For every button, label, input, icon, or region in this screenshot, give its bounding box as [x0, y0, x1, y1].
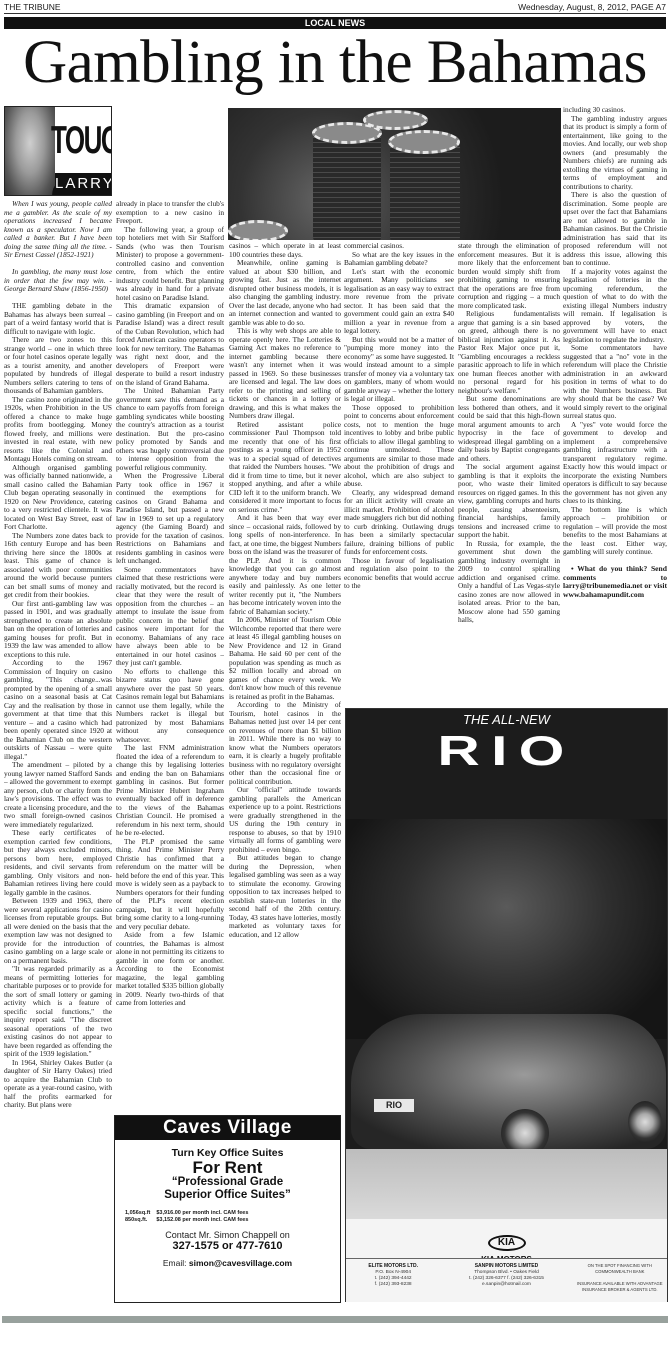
- dealer-name: ELITE MOTORS LTD.: [368, 1263, 418, 1269]
- author-photo: [5, 107, 55, 196]
- casino-chips-photo: [228, 108, 561, 240]
- paragraph: When the Progressive Liberal Party took …: [116, 472, 224, 566]
- email-label: Email:: [163, 1258, 187, 1268]
- ad-kicker: THE ALL-NEW: [346, 712, 667, 727]
- paragraph: These early certificates of exemption ca…: [4, 829, 112, 897]
- paragraph: There is also the question of discrimina…: [563, 191, 667, 268]
- chip-stack: [313, 128, 381, 240]
- publication-name: THE TRIBUNE: [4, 2, 61, 13]
- paragraph: THE gambling debate in the Bahamas has a…: [4, 302, 112, 336]
- paragraph: Religious fundamentalists argue that gam…: [458, 310, 560, 395]
- paragraph: Meanwhile, online gaming is valued at ab…: [229, 259, 341, 327]
- dateline: Wednesday, August, 8, 2012, PAGE A7: [518, 2, 666, 13]
- ad-slogan-1: “Professional Grade: [115, 1176, 340, 1189]
- paragraph: Some commentators have suggested that a …: [563, 344, 667, 421]
- paragraph: Clearly, any widespread demand for an il…: [344, 489, 454, 557]
- paragraph: state through the elimination of enforce…: [458, 242, 560, 310]
- pricing-row: 850sq.ft. $3,152.08 per month incl. CAM …: [125, 1217, 254, 1224]
- paragraph: The casino zone originated in the 1920s,…: [4, 396, 112, 464]
- paragraph: Those in favour of legalisation and regu…: [344, 557, 454, 591]
- article-column-2: already in place to transfer the club's …: [116, 200, 224, 1112]
- ad-for-rent: For Rent: [115, 1159, 340, 1176]
- dealer-sanpin: SANPIN MOTORS LIMITED Thompson Blvd. • O…: [440, 1259, 572, 1302]
- paragraph: In 2006, Minister of Tourism Obie Wilchc…: [229, 616, 341, 701]
- headline: Gambling in the Bahamas: [2, 30, 668, 98]
- paragraph: If a majority votes against the legalisa…: [563, 268, 667, 345]
- paragraph: The last FNM administration floated the …: [116, 744, 224, 838]
- paragraph: The social argument against gambling is …: [458, 463, 560, 540]
- paragraph: A "yes" vote would force the government …: [563, 421, 667, 506]
- paragraph: The Numbers zone dates back to 16th cent…: [4, 532, 112, 600]
- paragraph: already in place to transfer the club's …: [116, 200, 224, 226]
- contact-email-line: Email: simon@cavesvillage.com: [115, 1258, 340, 1268]
- paragraph: Retired assistant police commissioner Pa…: [229, 421, 341, 515]
- dealer-line: P.O. Box N-4904: [375, 1270, 411, 1275]
- kia-rio-advertisement: THE ALL-NEW RIO RIO KIA KIA MOTORS The P…: [345, 708, 668, 1302]
- dealer-name: SANPIN MOTORS LIMITED: [475, 1263, 539, 1269]
- paragraph: Aside from a few Islamic countries, the …: [116, 931, 224, 1008]
- paragraph: The amendment – piloted by a young lawye…: [4, 761, 112, 829]
- paragraph: The following year, a group of top hotel…: [116, 226, 224, 303]
- column-logo: TOUGH CALL LARRY SMITH: [4, 106, 112, 196]
- paragraph: There are two zones to this strange worl…: [4, 336, 112, 396]
- author-signoff: • What do you think? Send comments to la…: [563, 565, 667, 599]
- chip-icon: [228, 220, 288, 240]
- ad-title: Caves Village: [115, 1116, 340, 1140]
- paragraph: In Russia, for example, the government s…: [458, 540, 560, 625]
- paragraph: But this would not be a matter of "pumpi…: [344, 336, 454, 404]
- paragraph: This dramatic expansion of casino gambli…: [116, 302, 224, 387]
- paragraph: "It was regarded primarily as a means of…: [4, 965, 112, 1059]
- financing-info: ON THE SPOT FINANCING WITH COMMONWEALTH …: [573, 1259, 667, 1302]
- dealer-line: Thompson Blvd. • Oakes Field: [474, 1270, 539, 1275]
- paragraph: In 1964, Shirley Oakes Butler (a daughte…: [4, 1059, 112, 1110]
- paragraph: According to the Ministry of Tourism, ho…: [229, 701, 341, 786]
- financing-line: ON THE SPOT FINANCING WITH COMMONWEALTH …: [588, 1263, 652, 1274]
- paragraph: And it has been that way ever since – oc…: [229, 514, 341, 616]
- article-column-4: commercial casinos. So what are the key …: [344, 242, 454, 704]
- article-column-6: including 30 casinos. The gambling indus…: [563, 106, 667, 704]
- ad-model-name: RIO: [345, 727, 668, 775]
- dealer-phone: t. (242) 326-6377 f. (242) 326-6315: [469, 1276, 544, 1281]
- contact-email: simon@cavesvillage.com: [189, 1258, 292, 1268]
- paragraph: The gambling industry argues that its pr…: [563, 115, 667, 192]
- dealer-elite: ELITE MOTORS LTD. P.O. Box N-4904 t. (24…: [346, 1259, 440, 1302]
- wheel-icon: [628, 1101, 662, 1143]
- chip-icon: [388, 130, 460, 154]
- page-header: THE TRIBUNE Wednesday, August, 8, 2012, …: [4, 2, 666, 14]
- suite-size: 1,056sq.ft: [125, 1210, 156, 1217]
- contact-line: Contact Mr. Simon Chappell on: [115, 1230, 340, 1240]
- author-name: LARRY SMITH: [55, 173, 111, 195]
- epigraph: When I was young, people called me a gam…: [4, 200, 112, 260]
- paragraph: Our "official" attitude towards gambling…: [229, 786, 341, 854]
- paragraph: The United Bahamian Party government saw…: [116, 387, 224, 472]
- epigraph: In gambling, the many must lose in order…: [4, 268, 112, 294]
- paragraph: casinos – which operate in at least 100 …: [229, 242, 341, 259]
- kia-logo-icon: KIA: [488, 1235, 526, 1251]
- contact-phones: 327-1575 or 477-7610: [115, 1240, 340, 1252]
- dealer-fax: f. (242) 393-8238: [375, 1282, 412, 1287]
- paragraph: Let's start with the economic argument. …: [344, 268, 454, 336]
- paragraph: Some commentators have claimed that thes…: [116, 566, 224, 668]
- footer-bar: [2, 1316, 668, 1323]
- dealer-info: ELITE MOTORS LTD. P.O. Box N-4904 t. (24…: [346, 1258, 667, 1302]
- paragraph: The PLP promised the same thing. And Pri…: [116, 838, 224, 932]
- article-column-1: When I was young, people called me a gam…: [4, 200, 112, 1312]
- dealer-phone: t. (242) 394-4442: [375, 1276, 412, 1281]
- chip-icon: [363, 110, 428, 130]
- paragraph: But some denominations are less bothered…: [458, 395, 560, 463]
- paragraph: According to the 1967 Commission of Inqu…: [4, 659, 112, 761]
- paragraph: But attitudes began to change during the…: [229, 854, 341, 939]
- article-column-3: casinos – which operate in at least 100 …: [229, 242, 341, 1112]
- paragraph: Those opposed to prohibition point to co…: [344, 404, 454, 489]
- pricing-row: 1,056sq.ft $3,916.00 per month incl. CAM…: [125, 1210, 254, 1217]
- car-interior-image: [346, 819, 667, 1039]
- suite-price: $3,152.08 per month incl. CAM fees: [156, 1217, 254, 1224]
- pricing-table: 1,056sq.ft $3,916.00 per month incl. CAM…: [125, 1210, 254, 1224]
- paragraph: Although organised gambling was official…: [4, 464, 112, 532]
- ad-slogan-2: Superior Office Suites”: [115, 1189, 340, 1202]
- insurance-line: INSURANCE AVAILABLE WITH ADVANTAGE INSUR…: [577, 1281, 663, 1292]
- paragraph: No efforts to challenge this bizarre sta…: [116, 668, 224, 745]
- paragraph: So what are the key issues in the Bahami…: [344, 251, 454, 268]
- caves-village-advertisement: Caves Village Turn Key Office Suites For…: [114, 1115, 341, 1303]
- paragraph: Our first anti-gambling law was passed i…: [4, 600, 112, 660]
- dealer-email: e.sanpin@hotmail.com: [482, 1282, 531, 1287]
- license-plate: RIO: [374, 1099, 414, 1112]
- section-banner: LOCAL NEWS: [4, 17, 666, 29]
- suite-size: 850sq.ft.: [125, 1217, 156, 1224]
- article-column-5: state through the elimination of enforce…: [458, 242, 560, 704]
- suite-price: $3,916.00 per month incl. CAM fees: [156, 1210, 254, 1217]
- paragraph: This is why web shops are able to operat…: [229, 327, 341, 421]
- paragraph: Between 1939 and 1963, there were severa…: [4, 897, 112, 965]
- paragraph: The bottom line is which approach – proh…: [563, 506, 667, 557]
